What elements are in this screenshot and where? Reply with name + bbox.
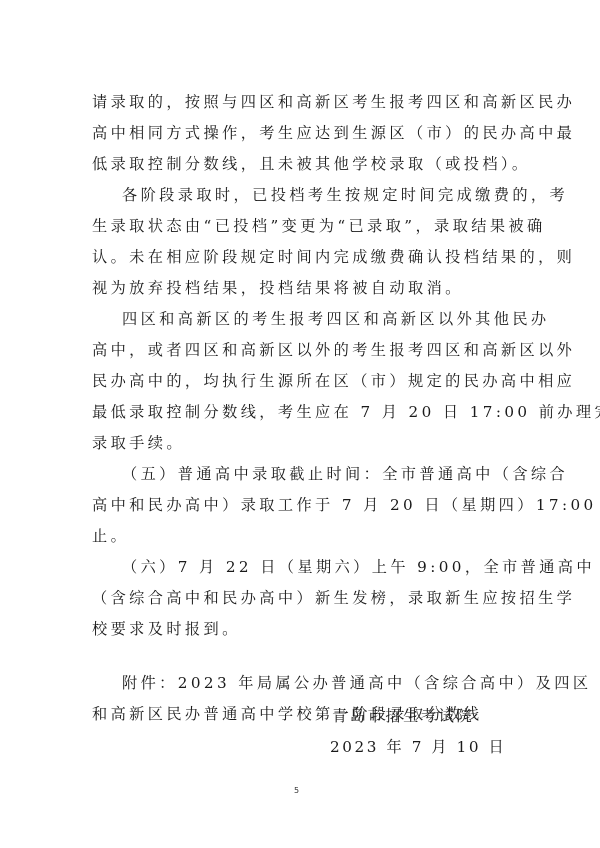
attachment-line: 附件：2023 年局属公办普通高中（含综合高中）及四区 bbox=[122, 673, 512, 693]
paragraph-line: 止。 bbox=[92, 526, 512, 546]
paragraph-line: （五）普通高中录取截止时间：全市普通高中（含综合 bbox=[122, 464, 512, 484]
paragraph-line: 四区和高新区的考生报考四区和高新区以外其他民办 bbox=[122, 309, 512, 329]
paragraph-line: 民办高中的，均执行生源所在区（市）规定的民办高中相应 bbox=[92, 371, 512, 391]
paragraph-line: 请录取的，按照与四区和高新区考生报考四区和高新区民办 bbox=[92, 92, 512, 112]
paragraph-line: （六）7 月 22 日（星期六）上午 9:00，全市普通高中 bbox=[122, 557, 512, 577]
paragraph-line: 最低录取控制分数线，考生应在 7 月 20 日 17:00 前办理完 bbox=[92, 402, 512, 422]
document-page: 请录取的，按照与四区和高新区考生报考四区和高新区民办 高中相同方式操作，考生应达… bbox=[0, 0, 600, 848]
paragraph-line: 校要求及时报到。 bbox=[92, 619, 512, 639]
paragraph-line: 高中相同方式操作，考生应达到生源区（市）的民办高中最 bbox=[92, 123, 512, 143]
paragraph-line: 认。未在相应阶段规定时间内完成缴费确认投档结果的，则 bbox=[92, 247, 512, 267]
page-number: 5 bbox=[294, 786, 299, 795]
signature-date: 2023 年 7 月 10 日 bbox=[330, 737, 506, 757]
paragraph-line: （含综合高中和民办高中）新生发榜，录取新生应按招生学 bbox=[92, 588, 512, 608]
paragraph-line: 生录取状态由“已投档”变更为“已录取”，录取结果被确 bbox=[92, 216, 512, 236]
paragraph-line: 录取手续。 bbox=[92, 433, 512, 453]
paragraph-line: 高中，或者四区和高新区以外的考生报考四区和高新区以外 bbox=[92, 340, 512, 360]
paragraph-line: 低录取控制分数线，且未被其他学校录取（或投档）。 bbox=[92, 154, 512, 174]
paragraph-line: 高中和民办高中）录取工作于 7 月 20 日（星期四）17:00 截 bbox=[92, 495, 512, 515]
paragraph-line: 视为放弃投档结果，投档结果将被自动取消。 bbox=[92, 278, 512, 298]
signature-organization: 青岛市招生考试院 bbox=[332, 706, 474, 726]
paragraph-line: 各阶段录取时，已投档考生按规定时间完成缴费的，考 bbox=[122, 185, 512, 205]
